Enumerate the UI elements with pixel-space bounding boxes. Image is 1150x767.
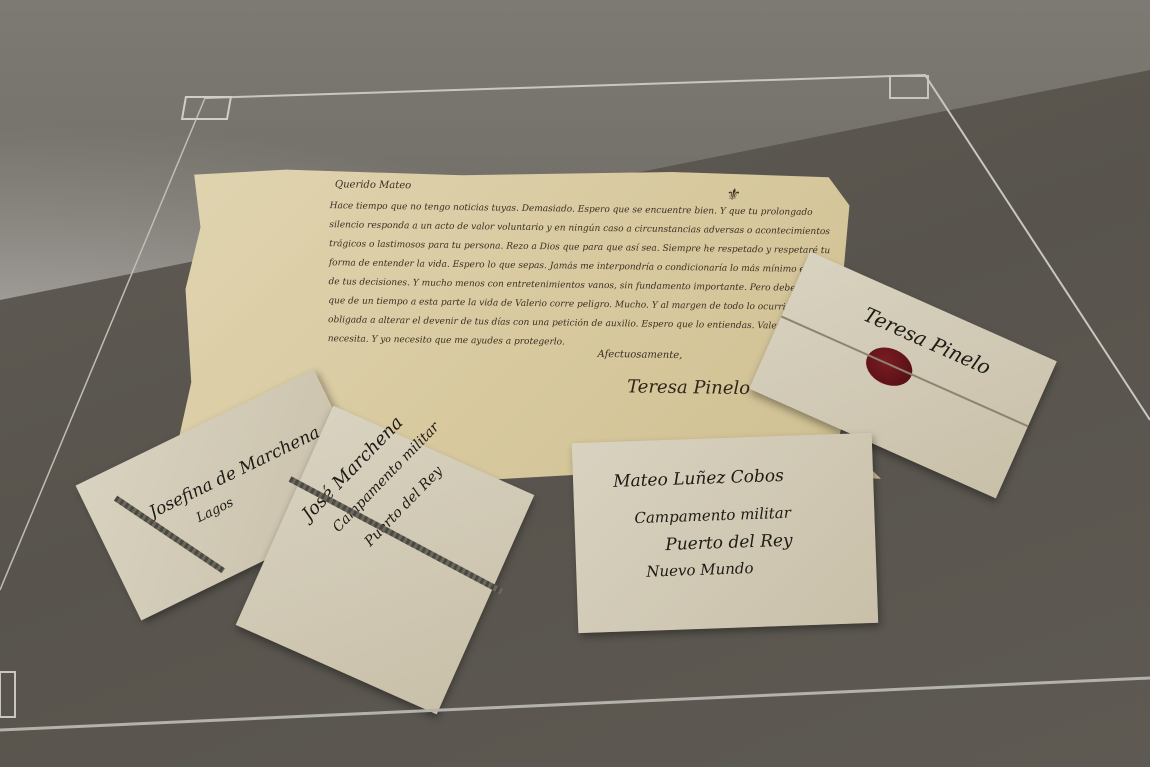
mateo-envelope-line-4: Nuevo Mundo [646, 559, 754, 581]
letter-body: Hace tiempo que no tengo noticias tuyas.… [328, 197, 840, 356]
mateo-envelope-line-1: Mateo Luñez Cobos [613, 466, 784, 492]
letter-salutation: Querido Mateo [335, 179, 411, 191]
mateo-envelope-line-3: Puerto del Rey [665, 531, 793, 555]
letter-signature: Teresa Pinelo [627, 376, 750, 399]
letter-flourish-icon: ⚜ [725, 185, 740, 204]
wax-seal-icon [860, 340, 918, 392]
mateo-envelope-line-2: Campamento militar [634, 504, 791, 527]
letter-closing: Afectuosamente, [598, 349, 683, 361]
tied-string [289, 476, 504, 594]
mateo-envelope: Mateo Luñez Cobos Campamento militar Pue… [572, 433, 878, 633]
